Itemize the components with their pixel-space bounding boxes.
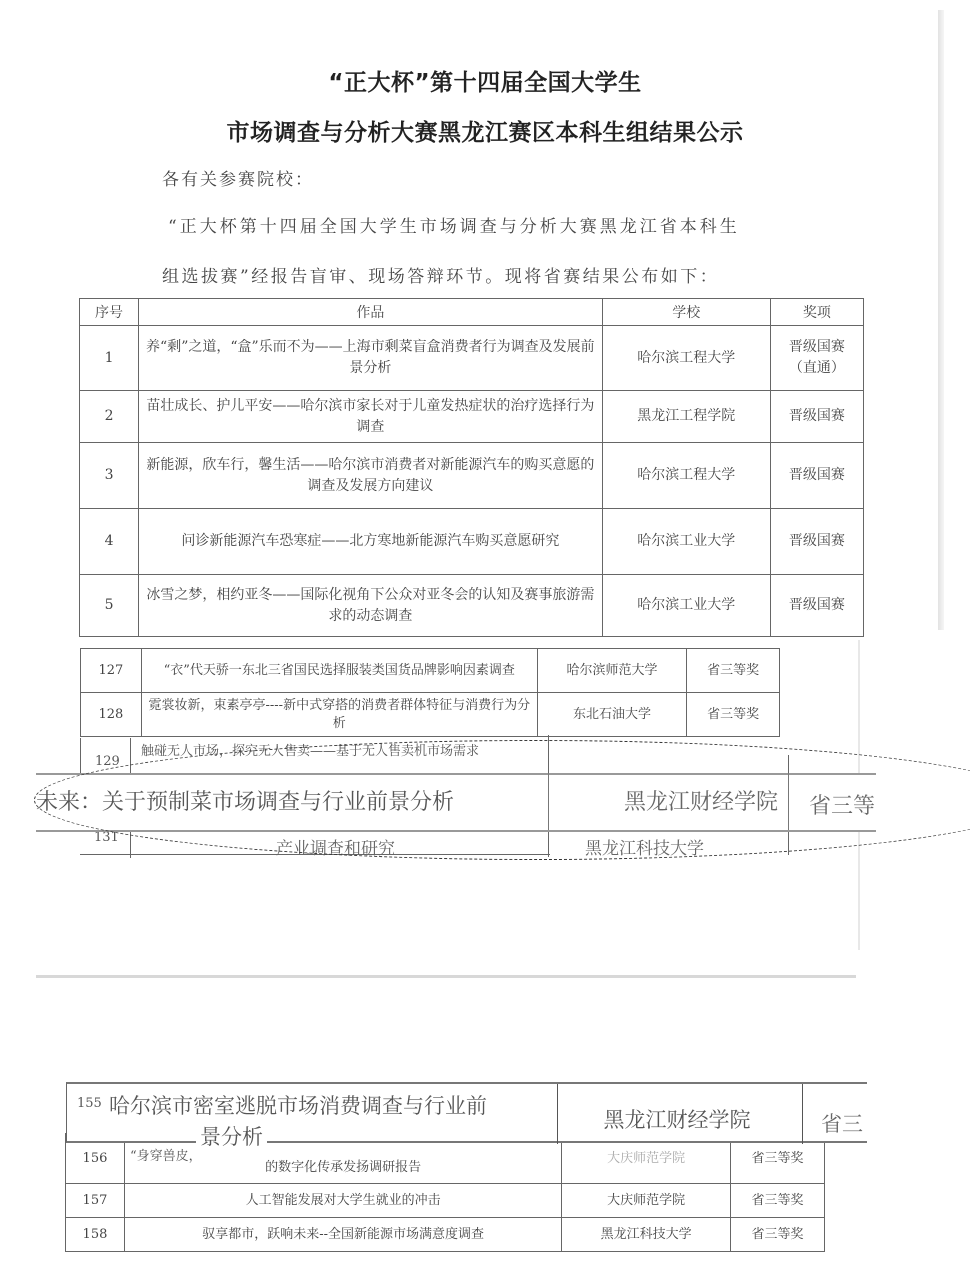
cell-work-partial: “身穿兽皮， (130, 1145, 202, 1164)
page-edge-shadow (938, 10, 944, 630)
table-row: 1 养“剩”之道，“盒”乐而不为——上海市剩菜盲盒消费者行为调查及发展前景分析 … (80, 326, 864, 391)
document-title-line2: 市场调查与分析大赛黑龙江赛区本科生组结果公示 (0, 114, 970, 147)
cell-number: 158 (66, 1218, 125, 1252)
cell-work: 霓裳妆新，束素亭亭----新中式穿搭的消费者群体特征与消费行为分析 (141, 693, 537, 737)
cell-school: 黑龙江工程学院 (602, 391, 770, 443)
cell-number: 155 (77, 1096, 102, 1111)
cell-school: 东北石油大学 (537, 693, 686, 737)
cell-work: 新能源，欣车行，馨生活——哈尔滨市消费者对新能源汽车的购买意愿的调查及发展方向建… (139, 443, 603, 509)
cell-number: 128 (81, 693, 142, 737)
cell-award: 晋级国赛 (770, 391, 863, 443)
cell-number: 5 (80, 575, 139, 637)
table-row: 157 人工智能发展对大学生就业的冲击 大庆师范学院 省三等奖 (66, 1184, 825, 1218)
cell-work: 养“剩”之道，“盒”乐而不为——上海市剩菜盲盒消费者行为调查及发展前景分析 (139, 326, 603, 391)
column-header-award: 奖项 (770, 299, 863, 326)
cell-work: “衣”代天骄一东北三省国民选择服装类国货品牌影响因素调查 (141, 649, 537, 693)
results-table: 序号 作品 学校 奖项 1 养“剩”之道，“盒”乐而不为——上海市剩菜盲盒消费者… (79, 298, 864, 637)
cell-number: 157 (66, 1184, 125, 1218)
intro-paragraph-line2: 组选拔赛”经报告盲审、现场答辩环节。现将省赛结果公布如下： (162, 262, 719, 287)
cell-school: 哈尔滨工程大学 (602, 326, 770, 391)
cell-school: 哈尔滨工业大学 (602, 509, 770, 575)
cell-work: 苗壮成长、护儿平安——哈尔滨市家长对于儿童发热症状的治疗选择行为调查 (139, 391, 603, 443)
cell-award: 省三等奖 (687, 649, 780, 693)
cell-number: 1 (80, 326, 139, 391)
cell-school: 哈尔滨工业大学 (602, 575, 770, 637)
results-table-fragment-middle: 127 “衣”代天骄一东北三省国民选择服装类国货品牌影响因素调查 哈尔滨师范大学… (80, 648, 780, 737)
table-gridline (802, 1084, 803, 1144)
cell-award: 省三等奖 (687, 693, 780, 737)
column-header-work: 作品 (139, 299, 603, 326)
table-row: 2 苗壮成长、护儿平安——哈尔滨市家长对于儿童发热症状的治疗选择行为调查 黑龙江… (80, 391, 864, 443)
document-title-line1: “正大杯”第十四届全国大学生 (0, 64, 970, 97)
table-row: 5 冰雪之梦，相约亚冬——国际化视角下公众对亚冬会的认知及赛事旅游需求的动态调查… (80, 575, 864, 637)
column-header-number: 序号 (80, 299, 139, 326)
magnified-award: 省三 (821, 1108, 863, 1138)
cell-number: 4 (80, 509, 139, 575)
cell-school: 哈尔滨工程大学 (602, 443, 770, 509)
table-row: 158 驭享都市，跃响未来--全国新能源市场满意度调查 黑龙江科技大学 省三等奖 (66, 1218, 825, 1252)
table-header-row: 序号 作品 学校 奖项 (80, 299, 864, 326)
table-row: 128 霓裳妆新，束素亭亭----新中式穿搭的消费者群体特征与消费行为分析 东北… (81, 693, 780, 737)
cell-school: 大庆师范学院 (562, 1184, 731, 1218)
fragment-divider (36, 975, 856, 978)
cell-award: 晋级国赛（直通） (770, 326, 863, 391)
cell-work: 冰雪之梦，相约亚冬——国际化视角下公众对亚冬会的认知及赛事旅游需求的动态调查 (139, 575, 603, 637)
cell-school: 黑龙江科技大学 (562, 1218, 731, 1252)
magnified-work-line2: 景分析 (196, 1121, 267, 1151)
cell-work: 人工智能发展对大学生就业的冲击 (124, 1184, 561, 1218)
intro-paragraph-line1: “正大杯第十四届全国大学生市场调查与分析大赛黑龙江省本科生 (168, 212, 740, 237)
cell-number: 2 (80, 391, 139, 443)
cell-award: 晋级国赛 (770, 443, 863, 509)
cell-work: 问诊新能源汽车恐寒症——北方寒地新能源汽车购买意愿研究 (139, 509, 603, 575)
cell-work: 驭享都市，跃响未来--全国新能源市场满意度调查 (124, 1218, 561, 1252)
cell-award: 晋级国赛 (770, 509, 863, 575)
salutation: 各有关参赛院校： (162, 165, 314, 190)
cell-number: 127 (81, 649, 142, 693)
table-row: 3 新能源，欣车行，馨生活——哈尔滨市消费者对新能源汽车的购买意愿的调查及发展方… (80, 443, 864, 509)
magnified-work-line1: 哈尔滨市密室逃脱市场消费调查与行业前 (109, 1090, 487, 1120)
table-row: 4 问诊新能源汽车恐寒症——北方寒地新能源汽车购买意愿研究 哈尔滨工业大学 晋级… (80, 509, 864, 575)
magnified-row-155: 155 哈尔滨市密室逃脱市场消费调查与行业前 黑龙江财经学院 省三 (66, 1082, 867, 1143)
cell-award: 省三等奖 (730, 1218, 824, 1252)
cell-award: 省三等奖 (730, 1184, 824, 1218)
cell-award: 晋级国赛 (770, 575, 863, 637)
column-header-school: 学校 (602, 299, 770, 326)
table-row: 127 “衣”代天骄一东北三省国民选择服装类国货品牌影响因素调查 哈尔滨师范大学… (81, 649, 780, 693)
cell-school: 哈尔滨师范大学 (537, 649, 686, 693)
magnified-school: 黑龙江财经学院 (557, 1104, 797, 1134)
cell-number: 3 (80, 443, 139, 509)
